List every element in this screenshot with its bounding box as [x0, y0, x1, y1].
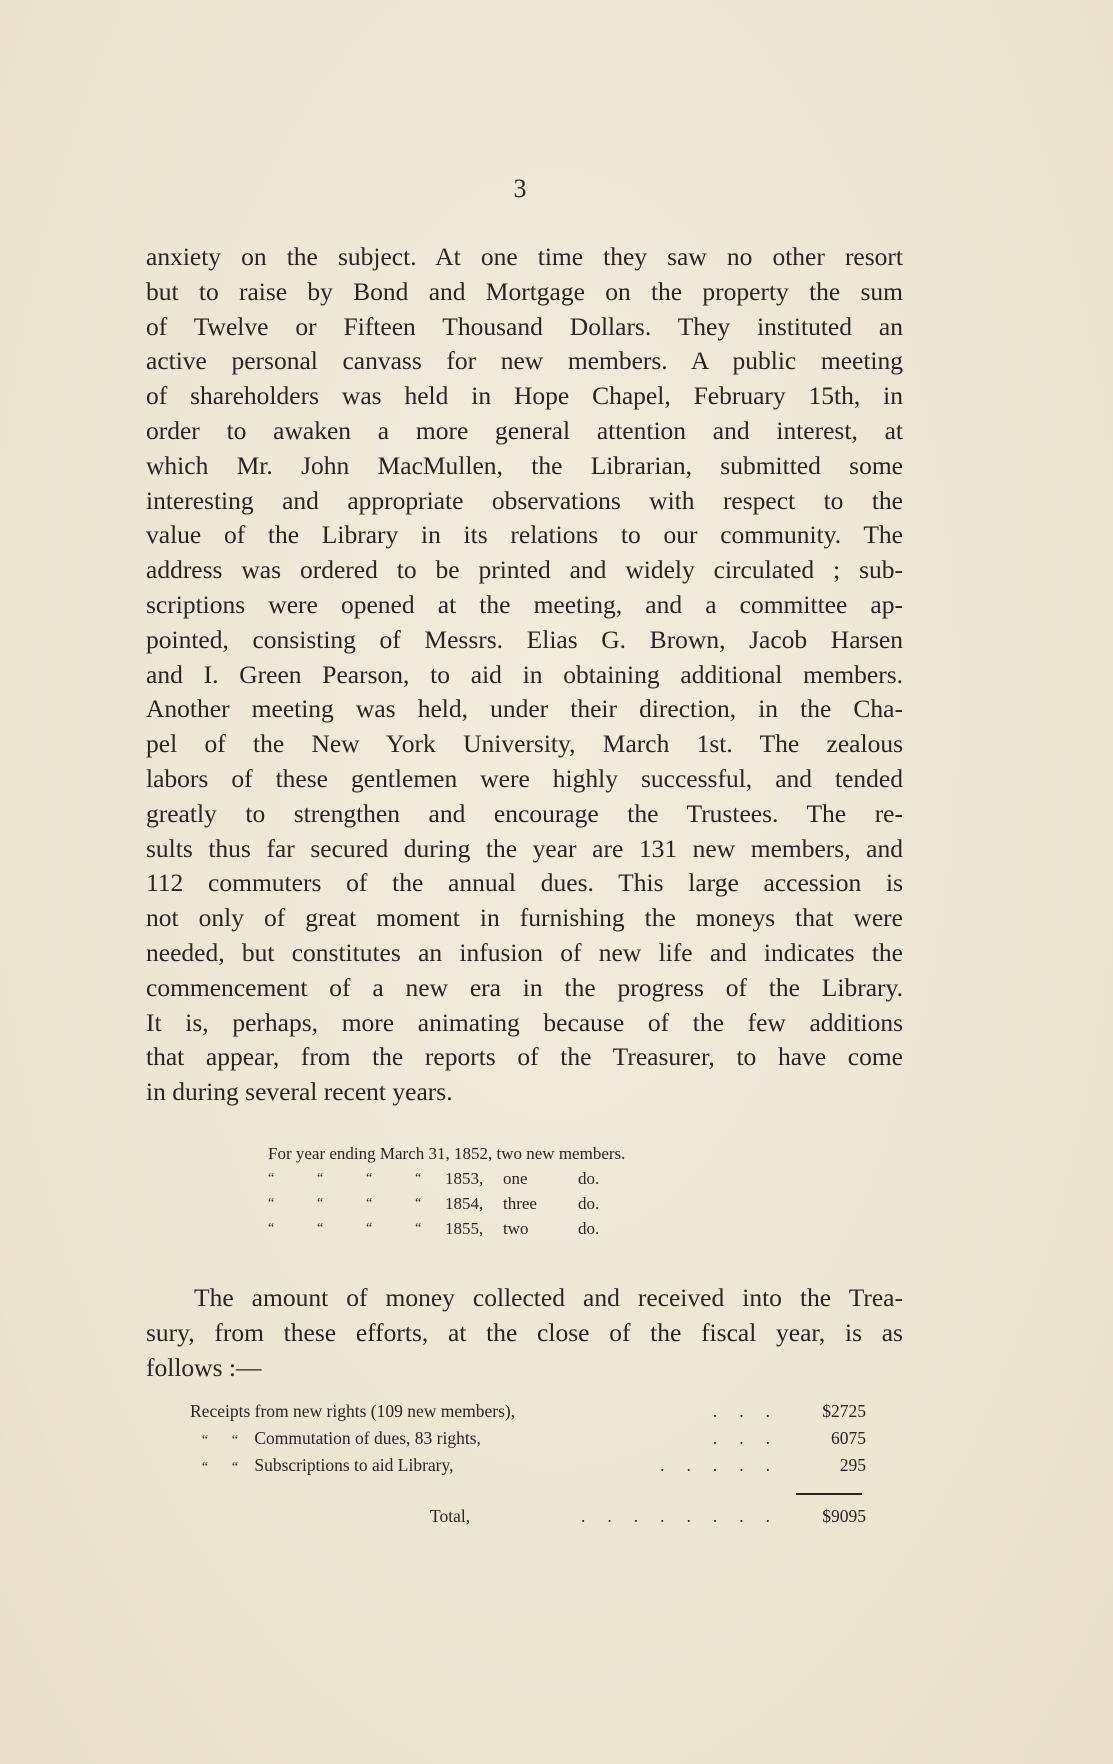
- text-line: follows :—: [146, 1351, 903, 1386]
- leader-dots: ...: [481, 1425, 806, 1452]
- ditto-mark: “: [268, 1191, 317, 1216]
- receipt-amount: 295: [806, 1452, 866, 1479]
- text-line: pointed, consisting of Messrs. Elias G. …: [146, 623, 903, 658]
- text-line: which Mr. John MacMullen, the Librarian,…: [146, 449, 903, 484]
- ditto-mark: “: [268, 1216, 317, 1241]
- table-cell-count: one: [503, 1166, 578, 1191]
- ditto-mark: “: [415, 1166, 445, 1191]
- ditto-mark: “: [415, 1216, 445, 1241]
- text-line: anxiety on the subject. At one time they…: [146, 240, 903, 275]
- text-line: scriptions were opened at the meeting, a…: [146, 588, 903, 623]
- leader-dots: .....: [454, 1452, 807, 1479]
- text-line: sury, from these efforts, at the close o…: [146, 1316, 903, 1351]
- text-line: in during several recent years.: [146, 1075, 903, 1110]
- ditto-mark: “: [190, 1427, 220, 1454]
- new-members-table: For year ending March 31, 1852, two new …: [268, 1141, 625, 1241]
- text-line: value of the Library in its relations to…: [146, 518, 903, 553]
- ditto-mark: “: [366, 1166, 415, 1191]
- receipt-label: Commutation of dues, 83 rights,: [254, 1428, 481, 1448]
- table-row: Receipts from new rights (109 new member…: [190, 1398, 866, 1425]
- receipt-label-group: ““ Subscriptions to aid Library,: [190, 1452, 454, 1481]
- text-line: needed, but constitutes an infusion of n…: [146, 936, 903, 971]
- ditto-mark: “: [317, 1216, 366, 1241]
- leader-dots: ...: [515, 1398, 806, 1425]
- text-line: address was ordered to be printed and wi…: [146, 553, 903, 588]
- money-paragraph: The amount of money collected and receiv…: [146, 1281, 903, 1385]
- ditto-mark: “: [220, 1427, 250, 1454]
- ditto-mark: “: [317, 1191, 366, 1216]
- table-row: ““ Commutation of dues, 83 rights, ... 6…: [190, 1425, 866, 1452]
- receipt-label: Receipts from new rights (109 new member…: [190, 1398, 515, 1425]
- table-row: “ “ “ “ 1855, two do.: [268, 1216, 625, 1241]
- table-cell-year: 1854,: [445, 1191, 503, 1216]
- text-line: The amount of money collected and receiv…: [146, 1281, 903, 1316]
- text-line: It is, perhaps, more animating because o…: [146, 1006, 903, 1041]
- total-label: Total,: [190, 1503, 470, 1530]
- receipt-label-group: ““ Commutation of dues, 83 rights,: [190, 1425, 481, 1454]
- table-cell-year: 1853,: [445, 1166, 503, 1191]
- leader-dots: ........: [470, 1503, 806, 1530]
- text-line: sults thus far secured during the year a…: [146, 832, 903, 867]
- table-cell-unit: do.: [578, 1166, 599, 1191]
- receipt-amount: $2725: [806, 1398, 866, 1425]
- sum-rule-divider: [796, 1493, 862, 1495]
- text-line: active personal canvass for new members.…: [146, 344, 903, 379]
- ditto-mark: “: [366, 1191, 415, 1216]
- text-line: commencement of a new era in the progres…: [146, 971, 903, 1006]
- ditto-mark: “: [220, 1454, 250, 1481]
- text-line: greatly to strengthen and encourage the …: [146, 797, 903, 832]
- table-cell-unit: do.: [578, 1191, 599, 1216]
- text-line: that appear, from the reports of the Tre…: [146, 1040, 903, 1075]
- table-row: For year ending March 31, 1852, two new …: [268, 1141, 625, 1166]
- text-line: interesting and appropriate observations…: [146, 484, 903, 519]
- receipt-label: Subscriptions to aid Library,: [254, 1455, 453, 1475]
- text-line: but to raise by Bond and Mortgage on the…: [146, 275, 903, 310]
- total-row: Total, ........ $9095: [190, 1503, 866, 1530]
- ditto-mark: “: [190, 1454, 220, 1481]
- text-line: Another meeting was held, under their di…: [146, 692, 903, 727]
- table-row: “ “ “ “ 1853, one do.: [268, 1166, 625, 1191]
- table-cell-unit: do.: [578, 1216, 599, 1241]
- receipts-table: Receipts from new rights (109 new member…: [190, 1398, 866, 1530]
- text-line: 112 commuters of the annual dues. This l…: [146, 866, 903, 901]
- text-line: not only of great moment in furnishing t…: [146, 901, 903, 936]
- page-number: 3: [0, 174, 1040, 204]
- text-line: labors of these gentlemen were highly su…: [146, 762, 903, 797]
- text-line: pel of the New York University, March 1s…: [146, 727, 903, 762]
- ditto-mark: “: [415, 1191, 445, 1216]
- receipt-amount: 6075: [806, 1425, 866, 1452]
- ditto-mark: “: [366, 1216, 415, 1241]
- ditto-mark: “: [268, 1166, 317, 1191]
- text-line: of shareholders was held in Hope Chapel,…: [146, 379, 903, 414]
- table-row: ““ Subscriptions to aid Library, ..... 2…: [190, 1452, 866, 1479]
- table-cell-year: 1855,: [445, 1216, 503, 1241]
- table-row: “ “ “ “ 1854, three do.: [268, 1191, 625, 1216]
- table-cell-count: three: [503, 1191, 578, 1216]
- text-line: of Twelve or Fifteen Thousand Dollars. T…: [146, 310, 903, 345]
- table-cell-count: two: [503, 1216, 578, 1241]
- text-line: and I. Green Pearson, to aid in obtainin…: [146, 658, 903, 693]
- text-line: order to awaken a more general attention…: [146, 414, 903, 449]
- table-cell: For year ending March 31, 1852, two new …: [268, 1141, 625, 1166]
- ditto-mark: “: [317, 1166, 366, 1191]
- total-amount: $9095: [806, 1503, 866, 1530]
- body-paragraph: anxiety on the subject. At one time they…: [146, 240, 903, 1110]
